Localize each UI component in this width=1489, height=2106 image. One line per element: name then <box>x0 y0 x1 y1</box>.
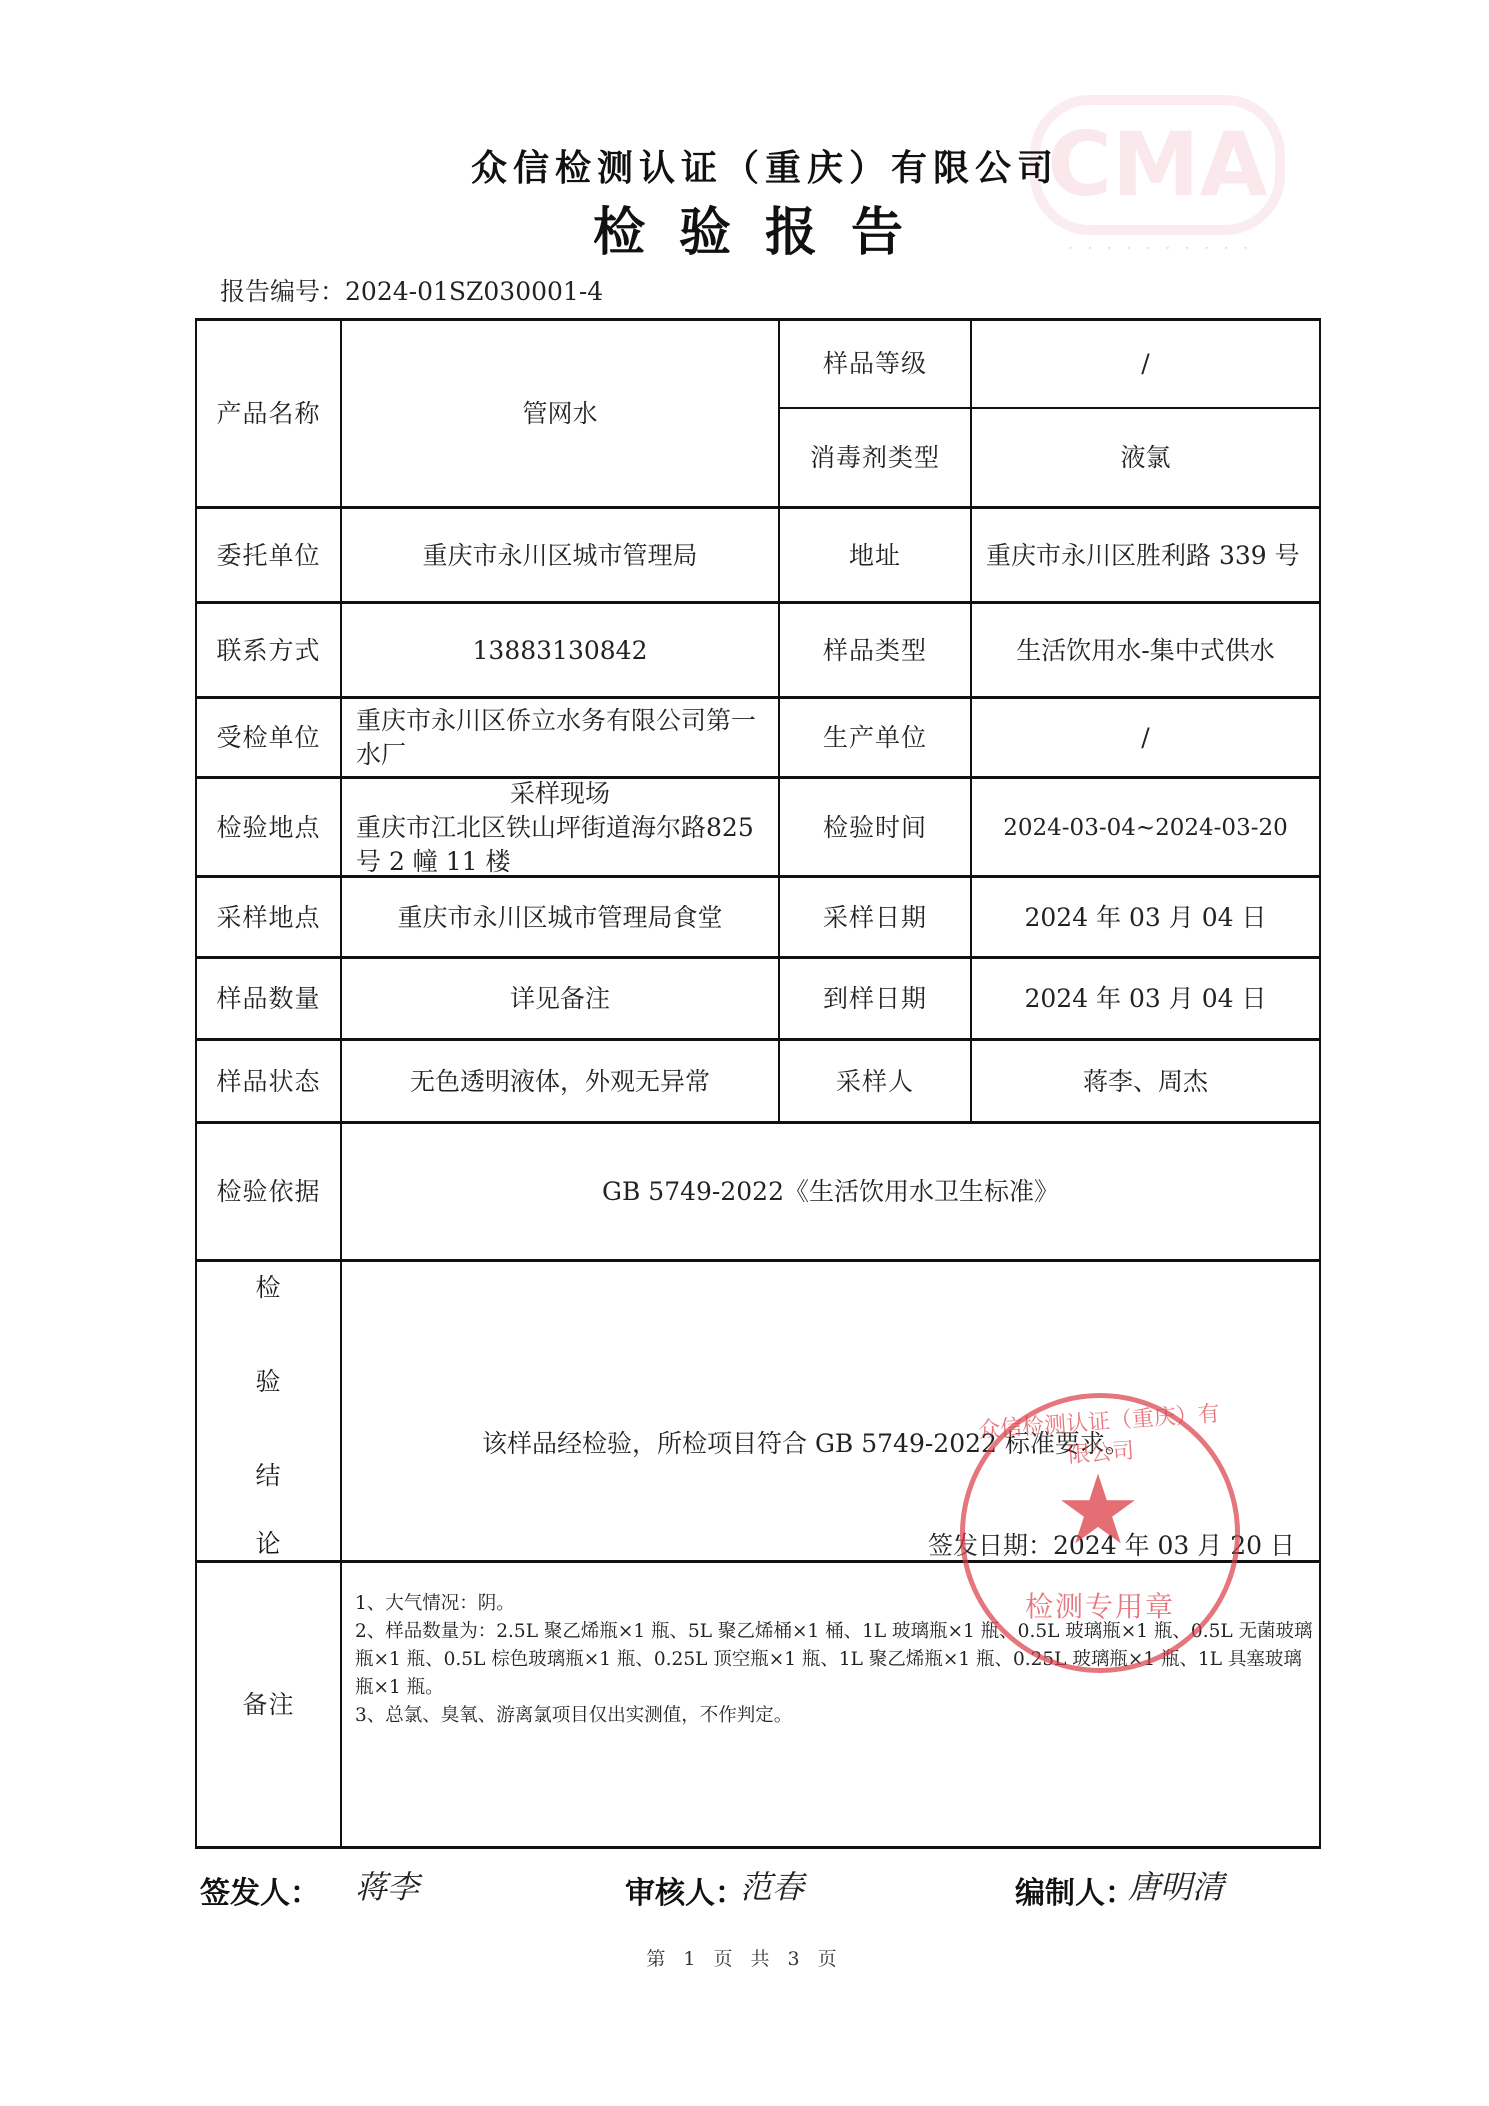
reviewer-label: 审核人： <box>625 1868 745 1912</box>
report-number-value: 2024-01SZ030001-4 <box>345 277 603 306</box>
sample-qty-value: 详见备注 <box>342 959 778 1039</box>
sampler-value: 蒋李、周杰 <box>972 1041 1319 1122</box>
test-location-label: 检验地点 <box>197 779 340 876</box>
sample-type-value: 生活饮用水-集中式供水 <box>972 604 1319 697</box>
inspected-unit-value: 重庆市永川区侨立水务有限公司第一水厂 <box>342 699 778 777</box>
reviewer-signature: 范春 <box>740 1862 804 1908</box>
client-value: 重庆市永川区城市管理局 <box>342 509 778 602</box>
sample-qty-label: 样品数量 <box>197 959 340 1039</box>
stamp-star-icon: ★ <box>1055 1462 1141 1558</box>
issuer-label: 签发人： <box>200 1868 320 1912</box>
product-name-value: 管网水 <box>342 320 778 507</box>
editor-label: 编制人： <box>1015 1868 1135 1912</box>
sampling-date-label: 采样日期 <box>780 878 970 957</box>
contact-value: 13883130842 <box>342 604 778 697</box>
producer-label: 生产单位 <box>780 699 970 777</box>
report-number: 报告编号：2024-01SZ030001-4 <box>220 272 603 308</box>
test-location-value: 采样现场 重庆市江北区铁山坪街道海尔路825 号 2 幢 11 楼 <box>342 779 778 876</box>
stamp-bottom-text: 检测专用章 <box>1020 1585 1180 1625</box>
report-number-label: 报告编号： <box>220 277 345 306</box>
inspected-unit-label: 受检单位 <box>197 699 340 777</box>
notes-label: 备注 <box>197 1563 340 1846</box>
sampling-site-value: 重庆市永川区城市管理局食堂 <box>342 878 778 957</box>
sample-state-value: 无色透明液体，外观无异常 <box>342 1041 778 1122</box>
sample-type-label: 样品类型 <box>780 604 970 697</box>
sampler-label: 采样人 <box>780 1041 970 1122</box>
sampling-site-label: 采样地点 <box>197 878 340 957</box>
product-name-label: 产品名称 <box>197 320 340 507</box>
table-border-right <box>1319 318 1321 1848</box>
conclusion-label-char: 结 <box>195 1456 341 1492</box>
test-location-line1: 采样现场 <box>350 777 770 811</box>
page-number: 第 1 页 共 3 页 <box>0 1944 1489 1971</box>
address-value: 重庆市永川区胜利路 339 号 <box>972 509 1319 602</box>
test-location-line2: 重庆市江北区铁山坪街道海尔路825 号 2 幢 11 楼 <box>350 811 770 879</box>
conclusion-label-char: 验 <box>195 1362 341 1398</box>
contact-label: 联系方式 <box>197 604 340 697</box>
producer-value: / <box>972 699 1319 777</box>
arrival-date-label: 到样日期 <box>780 959 970 1039</box>
basis-label: 检验依据 <box>197 1124 340 1260</box>
issuer-signature: 蒋李 <box>355 1862 419 1908</box>
disinfectant-type-label: 消毒剂类型 <box>780 409 970 507</box>
conclusion-label-char: 论 <box>195 1524 341 1560</box>
disinfectant-type-value: 液氯 <box>972 409 1319 507</box>
table-border-bottom <box>195 1846 1321 1849</box>
client-label: 委托单位 <box>197 509 340 602</box>
test-time-label: 检验时间 <box>780 779 970 876</box>
editor-signature: 唐明清 <box>1128 1862 1224 1908</box>
report-title: 检验报告 <box>0 190 1489 265</box>
test-time-value: 2024-03-04~2024-03-20 <box>972 779 1319 876</box>
basis-value: GB 5749-2022《生活饮用水卫生标准》 <box>342 1124 1319 1260</box>
sample-state-label: 样品状态 <box>197 1041 340 1122</box>
conclusion-label-char: 检 <box>195 1268 341 1304</box>
sample-grade-label: 样品等级 <box>780 320 970 408</box>
address-label: 地址 <box>780 509 970 602</box>
sampling-date-value: 2024 年 03 月 04 日 <box>972 878 1319 957</box>
note-item: 3、总氯、臭氧、游离氯项目仅出实测值，不作判定。 <box>355 1702 1315 1730</box>
arrival-date-value: 2024 年 03 月 04 日 <box>972 959 1319 1039</box>
sample-grade-value: / <box>972 320 1319 408</box>
company-name: 众信检测认证（重庆）有限公司 <box>0 140 1489 191</box>
